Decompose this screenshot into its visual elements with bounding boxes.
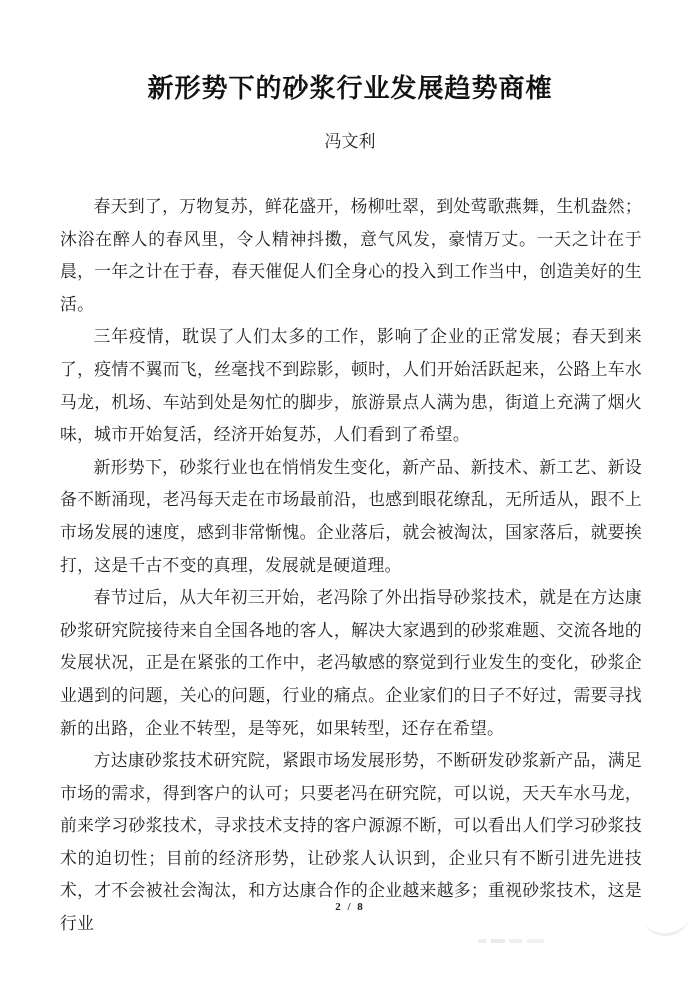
paragraph: 春天到了，万物复苏，鲜花盛开，杨柳吐翠，到处莺歌燕舞，生机盎然；沐浴在醉人的春风… [60,191,642,321]
scan-artifact-smudge [478,939,544,943]
paragraph: 三年疫情，耽误了人们太多的工作，影响了企业的正常发展；春天到来了，疫情不翼而飞，… [60,321,642,451]
paragraph: 新形势下，砂浆行业也在悄悄发生变化，新产品、新技术、新工艺、新设备不断涌现，老冯… [60,452,642,582]
document-title: 新形势下的砂浆行业发展趋势商榷 [0,68,700,105]
document-body: 春天到了，万物复苏，鲜花盛开，杨柳吐翠，到处莺歌燕舞，生机盎然；沐浴在醉人的春风… [60,191,642,941]
scan-artifact-curve [644,916,689,938]
paragraph: 春节过后，从大年初三开始，老冯除了外出指导砂浆技术，就是在方达康砂浆研究院接待来… [60,582,642,745]
document-page: 新形势下的砂浆行业发展趋势商榷 冯文利 春天到了，万物复苏，鲜花盛开，杨柳吐翠，… [0,0,700,990]
page-number: 2 / 8 [0,901,700,913]
document-author: 冯文利 [0,127,700,152]
